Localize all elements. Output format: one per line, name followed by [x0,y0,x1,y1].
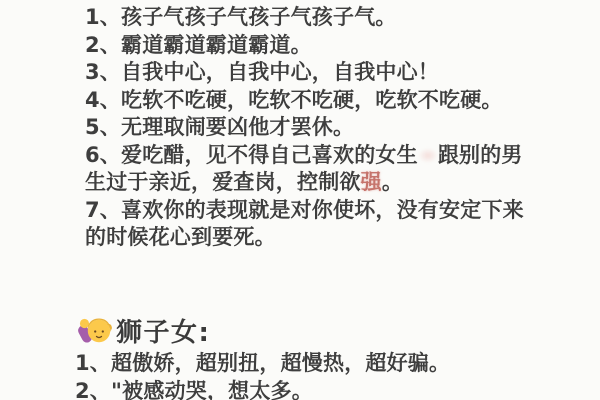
text-line: 2、霸道霸道霸道霸道。 [85,32,524,60]
text-segment: 2、"被感动哭，想太多。 [75,379,313,400]
text-line: 1、超傲娇，超别扭，超慢热，超好骗。 [75,350,450,378]
text-segment: 3、自我中心，自我中心，自我中心！ [85,60,439,84]
text-line: 2、"被感动哭，想太多。 [75,378,450,400]
text-segment: 。 [382,170,403,194]
text-segment: 生过于亲近，爱查岗，控制欲 [85,170,361,194]
text-line: 4、吃软不吃硬，吃软不吃硬，吃软不吃硬。 [85,87,524,115]
text-segment: 的时候花心到要死。 [85,225,276,249]
text-segment: 6、爱吃醋，见不得自己喜欢的女生 [85,143,418,167]
text-segment: 5、无理取闹要凶他才罢休。 [85,115,354,139]
text-segment: 7、喜欢你的表现就是对你使坏，没有安定下来 [85,198,524,222]
text-line: 的时候花心到要死。 [85,224,524,252]
text-line: 5、无理取闹要凶他才罢休。 [85,114,524,142]
post-canvas: 1、孩子气孩子气孩子气孩子气。2、霸道霸道霸道霸道。3、自我中心，自我中心，自我… [0,0,600,400]
text-line: 7、喜欢你的表现就是对你使坏，没有安定下来 [85,197,524,225]
text-line: 生过于亲近，爱查岗，控制欲强。 [85,169,524,197]
text-line: 3、自我中心，自我中心，自我中心！ [85,59,524,87]
trait-list-top: 1、孩子气孩子气孩子气孩子气。2、霸道霸道霸道霸道。3、自我中心，自我中心，自我… [85,4,524,252]
text-segment: 1、超傲娇，超别扭，超慢热，超好骗。 [75,351,450,375]
censored-smudge [418,148,438,163]
text-segment: 1、孩子气孩子气孩子气孩子气。 [85,5,397,29]
trait-list-leo: 1、超傲娇，超别扭，超慢热，超好骗。2、"被感动哭，想太多。 [75,350,450,400]
text-line: 1、孩子气孩子气孩子气孩子气。 [85,4,524,32]
leo-section-title: 狮子女: [116,312,210,349]
text-line: 6、爱吃醋，见不得自己喜欢的女生跟别的男 [85,142,524,170]
text-segment: 4、吃软不吃硬，吃软不吃硬，吃软不吃硬。 [85,88,503,112]
text-segment: 跟别的男 [438,143,523,167]
highlighted-char: 强 [361,170,382,194]
woman-tipping-hand-emoji [77,312,113,348]
leo-section-header: 狮子女: [77,311,210,349]
text-segment: 2、霸道霸道霸道霸道。 [85,33,312,57]
